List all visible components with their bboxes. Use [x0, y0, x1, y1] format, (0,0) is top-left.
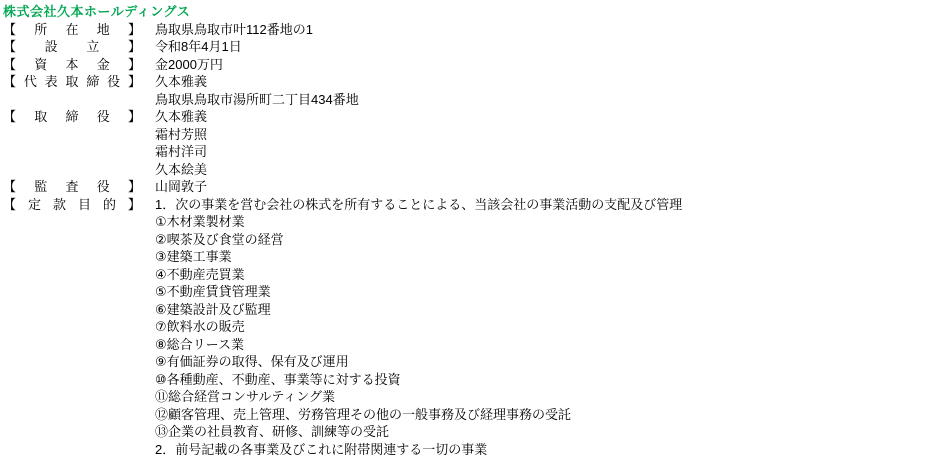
profile-rows: 【所在地】鳥取県鳥取市叶112番地の1【設立】令和8年4月1日【資本金】金200…	[3, 21, 944, 455]
field-value-line: ⑫顧客管理、売上管理、労務管理その他の一般事務及び経理事務の受託	[155, 406, 682, 424]
bracket-close: 】	[128, 108, 141, 126]
field-value-line: 金2000万円	[155, 56, 223, 74]
field-label: 【監査役】	[3, 178, 141, 196]
bracket-close: 】	[128, 196, 141, 214]
field-label-char: 設	[45, 38, 58, 56]
field-label-char: 表	[45, 73, 58, 91]
field-value-line: 久本絵美	[155, 161, 207, 179]
field-label: 【取締役】	[3, 108, 141, 126]
field-label-char: 役	[97, 178, 110, 196]
field-value-line: ⑦飲料水の販売	[155, 318, 682, 336]
field-label: 【所在地】	[3, 21, 141, 39]
field-label-char: 金	[97, 56, 110, 74]
field-label: 【定款目的】	[3, 196, 141, 214]
field-values: 久本雅義霜村芳照霜村洋司久本絵美	[155, 108, 207, 178]
field-value-line: ③建築工事業	[155, 248, 682, 266]
company-profile-document: 株式会社久本ホールディングス 【所在地】鳥取県鳥取市叶112番地の1【設立】令和…	[0, 0, 944, 455]
profile-row-2: 【資本金】金2000万円	[3, 56, 944, 74]
field-label-char: 立	[86, 38, 99, 56]
field-label-char: 査	[65, 178, 78, 196]
bracket-close: 】	[128, 56, 141, 74]
field-label-char: 資	[34, 56, 47, 74]
field-label-char: 目	[78, 196, 91, 214]
field-label-char: 監	[34, 178, 47, 196]
field-label-char: 款	[53, 196, 66, 214]
field-values: 鳥取県鳥取市叶112番地の1	[155, 21, 313, 39]
field-label-char: 地	[97, 21, 110, 39]
field-value-line: 霜村芳照	[155, 126, 207, 144]
field-label-char: 締	[65, 108, 78, 126]
bracket-close: 】	[128, 38, 141, 56]
field-value-line: 霜村洋司	[155, 143, 207, 161]
profile-row-1: 【設立】令和8年4月1日	[3, 38, 944, 56]
field-values: 久本雅義鳥取県鳥取市湯所町二丁目434番地	[155, 73, 359, 108]
bracket-close: 】	[128, 73, 141, 91]
field-values: 令和8年4月1日	[155, 38, 242, 56]
bracket-open: 【	[3, 196, 16, 214]
bracket-close: 】	[128, 178, 141, 196]
bracket-open: 【	[3, 38, 16, 56]
bracket-close: 】	[128, 21, 141, 39]
field-label: 【資本金】	[3, 56, 141, 74]
profile-row-6: 【定款目的】1．次の事業を営む会社の株式を所有することによる、当該会社の事業活動…	[3, 196, 944, 455]
field-value-line: 鳥取県鳥取市湯所町二丁目434番地	[155, 91, 359, 109]
profile-row-5: 【監査役】山岡敦子	[3, 178, 944, 196]
field-value-line: 2．前号記載の各事業及びこれに附帯関連する一切の事業	[155, 441, 682, 455]
field-value-line: ①木材業製材業	[155, 213, 682, 231]
field-value-line: ④不動産売買業	[155, 266, 682, 284]
field-label: 【代表取締役】	[3, 73, 141, 91]
field-values: 1．次の事業を営む会社の株式を所有することによる、当該会社の事業活動の支配及び管…	[155, 196, 682, 455]
field-label-char: 役	[107, 73, 120, 91]
bracket-open: 【	[3, 108, 16, 126]
field-value-line: ②喫茶及び食堂の経営	[155, 231, 682, 249]
field-value-line: ⑨有価証券の取得、保有及び運用	[155, 353, 682, 371]
field-label-char: 取	[34, 108, 47, 126]
field-values: 金2000万円	[155, 56, 223, 74]
field-label-char: 本	[65, 56, 78, 74]
field-value-line: ⑬企業の社員教育、研修、訓練等の受託	[155, 423, 682, 441]
bracket-open: 【	[3, 178, 16, 196]
field-label-char: 的	[103, 196, 116, 214]
bracket-open: 【	[3, 21, 16, 39]
field-value-line: 久本雅義	[155, 108, 207, 126]
field-label-char: 定	[28, 196, 41, 214]
profile-row-4: 【取締役】久本雅義霜村芳照霜村洋司久本絵美	[3, 108, 944, 178]
field-label-char: 取	[65, 73, 78, 91]
field-value-line: 久本雅義	[155, 73, 359, 91]
field-value-line: 山岡敦子	[155, 178, 207, 196]
bracket-open: 【	[3, 56, 16, 74]
field-label-char: 締	[86, 73, 99, 91]
field-value-line: ⑧総合リース業	[155, 336, 682, 354]
profile-row-0: 【所在地】鳥取県鳥取市叶112番地の1	[3, 21, 944, 39]
field-values: 山岡敦子	[155, 178, 207, 196]
field-value-line: 令和8年4月1日	[155, 38, 242, 56]
field-value-line: ⑪総合経営コンサルティング業	[155, 388, 682, 406]
field-label-char: 在	[65, 21, 78, 39]
profile-row-3: 【代表取締役】久本雅義鳥取県鳥取市湯所町二丁目434番地	[3, 73, 944, 108]
field-value-line: ⑥建築設計及び監理	[155, 301, 682, 319]
field-label-char: 役	[97, 108, 110, 126]
field-label-char: 所	[34, 21, 47, 39]
field-value-line: 1．次の事業を営む会社の株式を所有することによる、当該会社の事業活動の支配及び管…	[155, 196, 682, 214]
field-value-line: ⑤不動産賃貸管理業	[155, 283, 682, 301]
company-name-title: 株式会社久本ホールディングス	[3, 3, 944, 21]
field-value-line: ⑩各種動産、不動産、事業等に対する投資	[155, 371, 682, 389]
field-label: 【設立】	[3, 38, 141, 56]
field-label-char: 代	[24, 73, 37, 91]
field-value-line: 鳥取県鳥取市叶112番地の1	[155, 21, 313, 39]
bracket-open: 【	[3, 73, 16, 91]
